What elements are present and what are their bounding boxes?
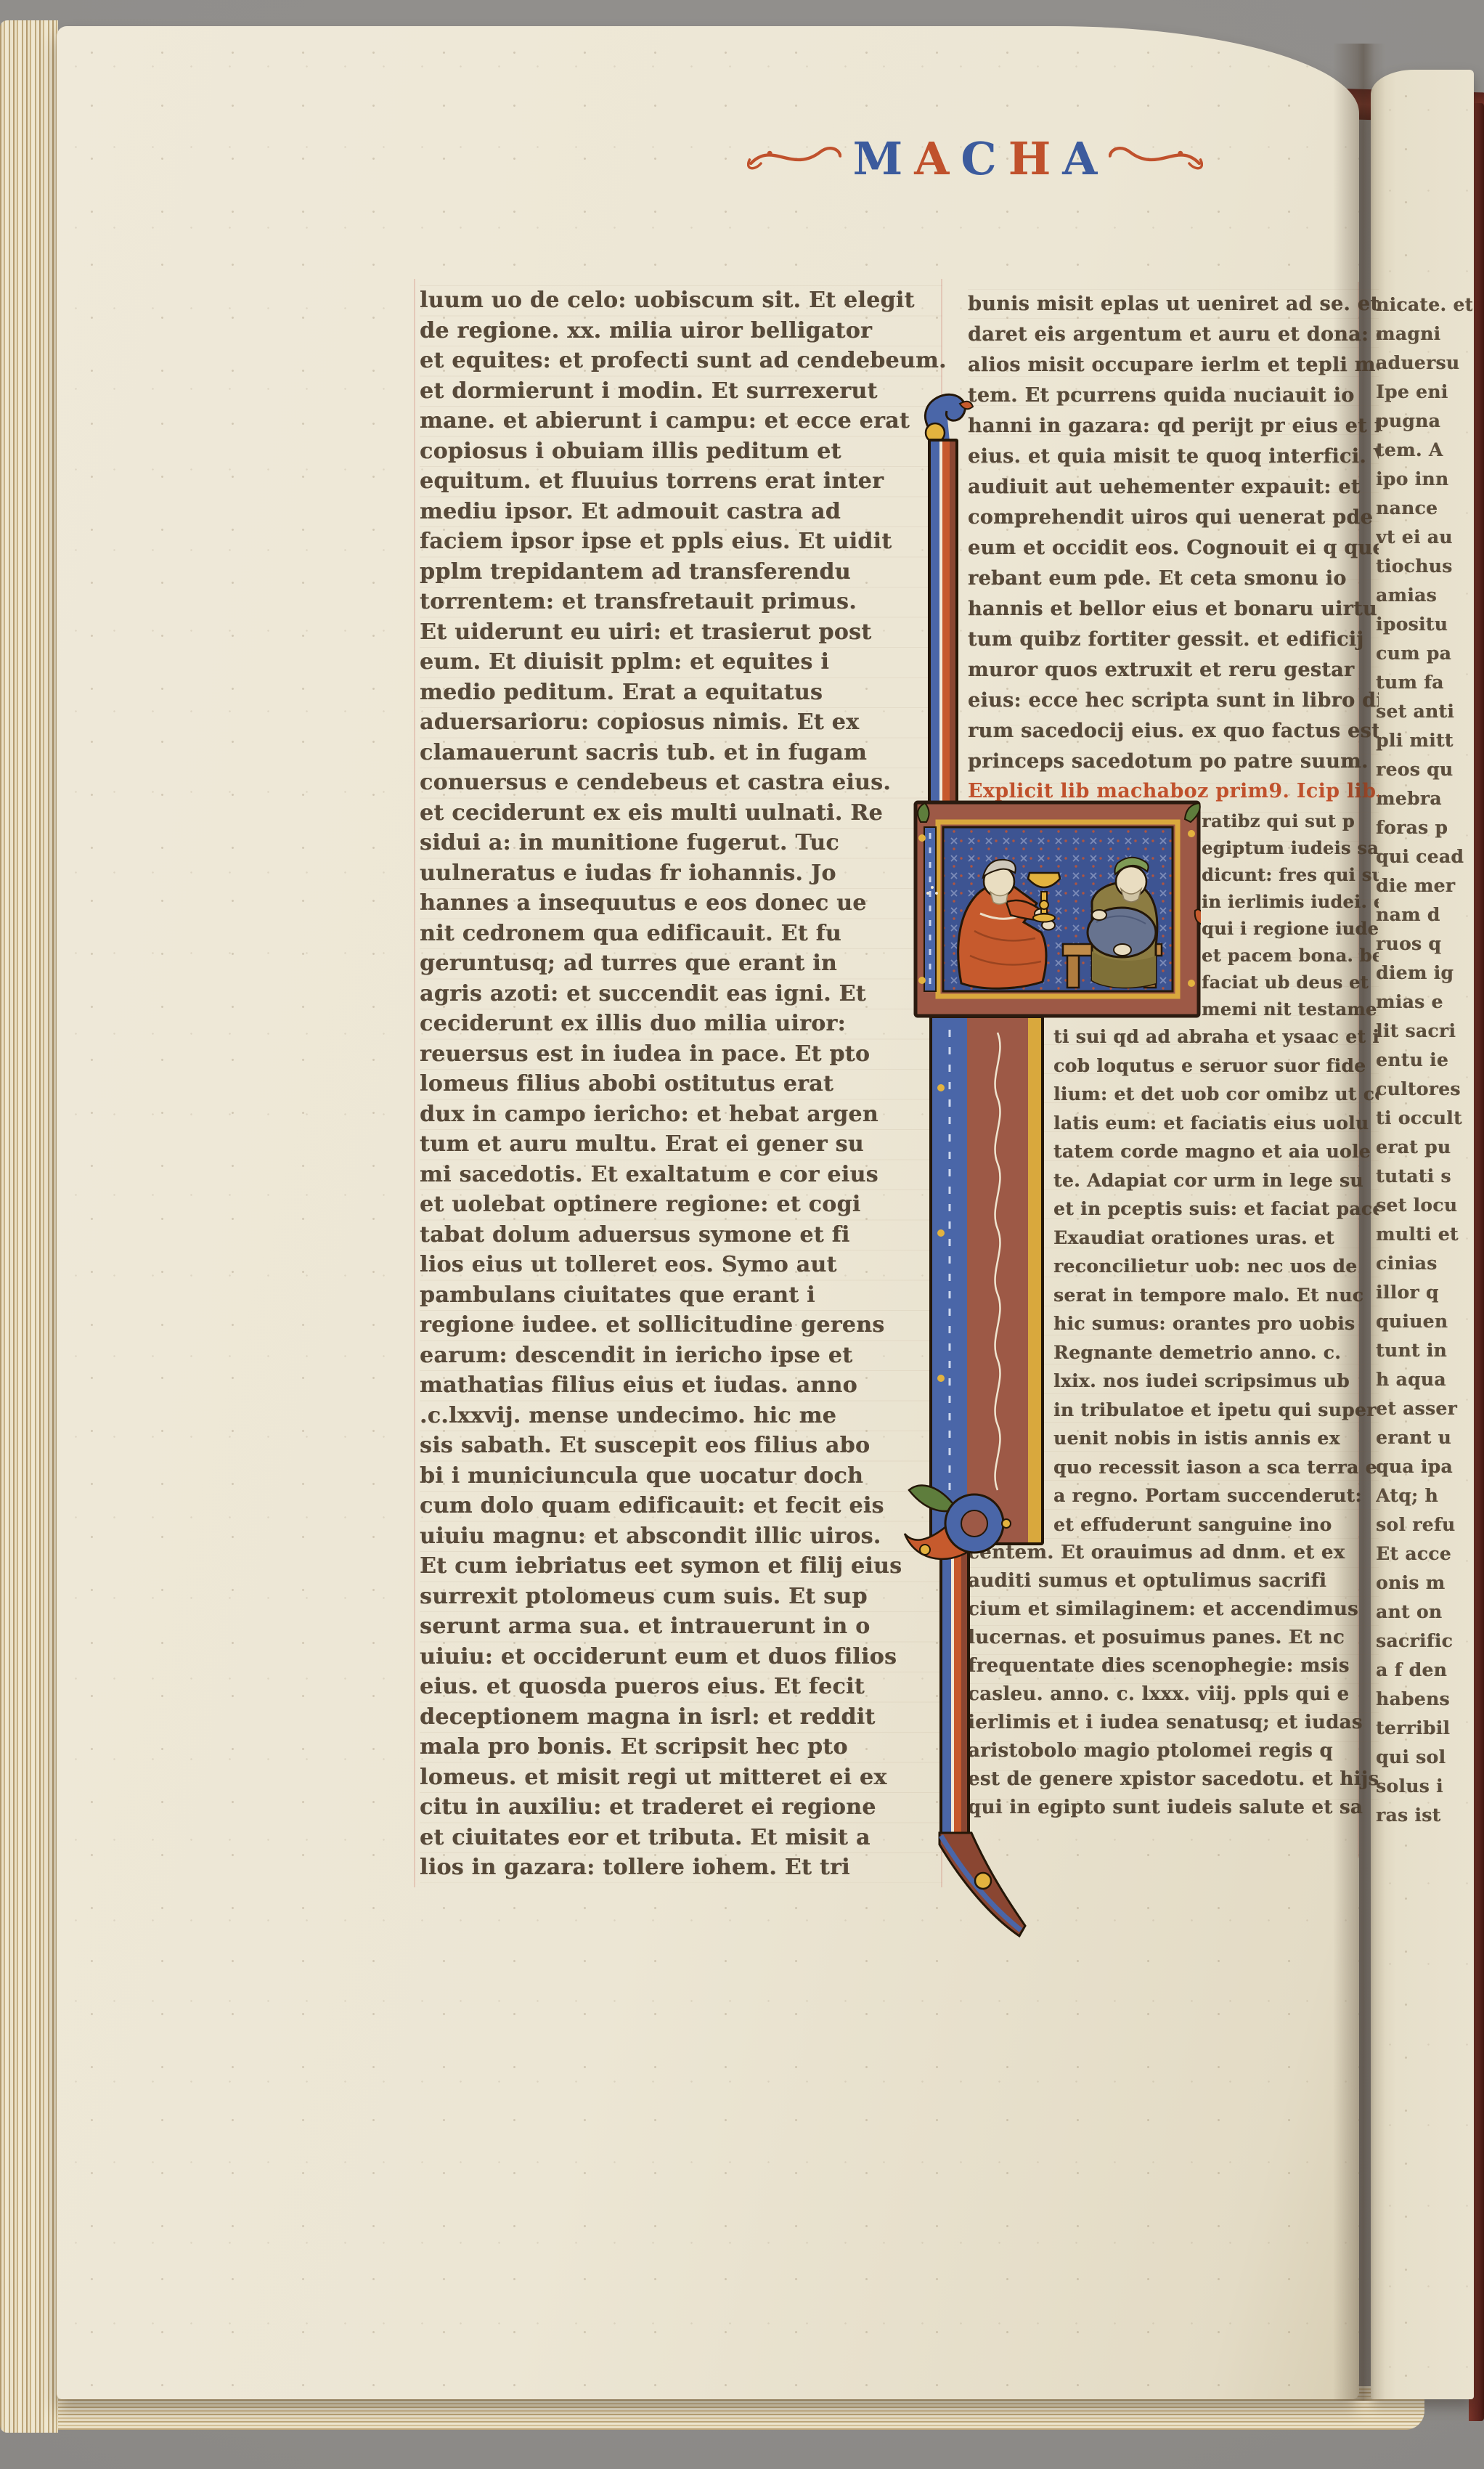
text-line: bunis misit eplas ut ueniret ad se. et xyxy=(968,289,1379,320)
text-line: .c.lxxvij. mense undecimo. hic me xyxy=(420,1401,942,1431)
bar-tail xyxy=(939,1833,1025,1936)
text-line: reconcilietur uob: nec uos de xyxy=(1053,1252,1379,1281)
text-line: pugna xyxy=(1376,407,1472,436)
text-line: ant on xyxy=(1376,1598,1472,1627)
header-letter: C xyxy=(961,137,996,182)
text-line: et asser xyxy=(1376,1394,1472,1423)
text-line: ceciderunt ex illis duo milia uiror: xyxy=(420,1009,942,1039)
text-line: reos qu xyxy=(1376,755,1472,784)
bar-lower-shaft xyxy=(939,1544,970,1837)
text-line: earum: descendit in iericho ipse et xyxy=(420,1341,942,1371)
text-line: lomeus. et misit regi ut mitteret ei ex xyxy=(420,1762,942,1793)
text-line: memi nit testame xyxy=(1202,996,1379,1022)
text-line: citu in auxiliu: et traderet ei regione xyxy=(420,1792,942,1823)
header-letter: A xyxy=(1062,137,1097,182)
text-line: set anti xyxy=(1376,697,1472,726)
text-line: uiuiu: et occiderunt eum et duos filios xyxy=(420,1642,942,1672)
text-line: et ceciderunt ex eis multi uulnati. Re xyxy=(420,798,942,829)
text-line: nicate. et xyxy=(1376,290,1472,320)
text-line: sol refu xyxy=(1376,1510,1472,1539)
text-line: qua ipa xyxy=(1376,1452,1472,1481)
text-line: nit cedronem qua edificauit. Et fu xyxy=(420,919,942,949)
text-line: mias e xyxy=(1376,988,1472,1017)
text-line: mediu ipsor. Et admouit castra ad xyxy=(420,497,942,527)
text-line: foras p xyxy=(1376,813,1472,842)
text-line: qui sol xyxy=(1376,1743,1472,1772)
text-line: tabat dolum aduersus symone et fi xyxy=(420,1220,942,1250)
text-line: de regione. xx. milia uiror belligator xyxy=(420,316,942,346)
illuminated-bar-ornament xyxy=(899,391,1080,1952)
text-line: serunt arma sua. et intrauerunt in o xyxy=(420,1611,942,1642)
text-line: h aqua xyxy=(1376,1365,1472,1394)
text-line: ras ist xyxy=(1376,1801,1472,1830)
text-line: te. Adapiat cor urm in lege su xyxy=(1053,1166,1379,1195)
text-line: deceptionem magna in isrl: et reddit xyxy=(420,1702,942,1733)
column-ruling-line xyxy=(414,279,415,1887)
text-line: Et cum iebriatus eet symon et filij eius xyxy=(420,1551,942,1582)
text-line: qui cead xyxy=(1376,842,1472,871)
header-letter: H xyxy=(1008,137,1051,182)
text-line: egiptum iudeis sale xyxy=(1202,834,1379,861)
text-line: Atq; h xyxy=(1376,1481,1472,1510)
text-line: et ciuitates eor et tributa. Et misit a xyxy=(420,1823,942,1853)
text-line: ti occult xyxy=(1376,1104,1472,1133)
text-line: lomeus filius abobi ostitutus erat xyxy=(420,1069,942,1099)
text-line: daret eis argentum et auru et dona: et xyxy=(968,320,1379,350)
text-line: ruos q xyxy=(1376,930,1472,959)
text-line: luum uo de celo: uobiscum sit. Et elegit xyxy=(420,285,942,316)
flourish-icon xyxy=(747,136,841,182)
text-line: mi sacedotis. Et exaltatum e cor eius xyxy=(420,1160,942,1190)
text-line: et dormierunt i modin. Et surrexerut xyxy=(420,376,942,407)
text-line: qui i regione iudee xyxy=(1202,915,1379,942)
flourish-icon xyxy=(1109,136,1203,182)
text-line: uenit nobis in istis annis ex xyxy=(1053,1424,1379,1453)
text-line: tem. A xyxy=(1376,436,1472,465)
text-line: lxix. nos iudei scripsimus ub xyxy=(1053,1367,1379,1396)
text-line: surrexit ptolomeus cum suis. Et sup xyxy=(420,1582,942,1612)
text-line: dicunt: fres qui su xyxy=(1202,861,1379,888)
text-line: nam d xyxy=(1376,900,1472,930)
text-line: mala pro bonis. Et scripsit hec pto xyxy=(420,1732,942,1762)
bar-top-shaft xyxy=(928,439,958,805)
text-line: bi i municiuncula que uocatur doch xyxy=(420,1461,942,1492)
text-line: tum et auru multu. Erat ei gener su xyxy=(420,1129,942,1160)
text-line: die mer xyxy=(1376,871,1472,900)
text-line: dux in campo iericho: et hebat argen xyxy=(420,1099,942,1130)
text-line: mathatias filius eius et iudas. anno xyxy=(420,1370,942,1401)
text-line: lit sacri xyxy=(1376,1017,1472,1046)
text-line: solus i xyxy=(1376,1772,1472,1801)
text-line: sacrific xyxy=(1376,1627,1472,1656)
text-line: faciat ub deus et xyxy=(1202,969,1379,996)
text-line: vt ei au xyxy=(1376,523,1472,552)
manuscript-page: M A C H A luum uo de celo: uobiscum sit.… xyxy=(57,26,1359,2399)
text-line: eum. Et diuisit pplm: et equites i xyxy=(420,647,942,678)
text-line: pli mitt xyxy=(1376,726,1472,755)
historiated-initial-miniature xyxy=(913,800,1201,1018)
text-line: tunt in xyxy=(1376,1336,1472,1365)
text-line: ipo inn xyxy=(1376,465,1472,494)
text-line: mane. et abierunt i campu: et ecce erat xyxy=(420,406,942,436)
text-line: clamauerunt sacris tub. et in fugam xyxy=(420,738,942,768)
text-line: Regnante demetrio anno. c. xyxy=(1053,1338,1379,1367)
text-line: et effuderunt sanguine ino xyxy=(1053,1510,1379,1539)
chapter-text-beside-miniature: ratibz qui sut pegiptum iudeis saledicun… xyxy=(1202,808,1379,1022)
text-line: torrentem: et transfretauit primus. xyxy=(420,587,942,617)
text-line: erat pu xyxy=(1376,1133,1472,1162)
text-line: copiosus i obuiam illis peditum et xyxy=(420,436,942,467)
text-line: habens xyxy=(1376,1685,1472,1714)
next-page-sliver: nicate. etmagniaduersuIpe enipugnatem. A… xyxy=(1371,70,1474,2399)
text-line: ti sui qd ad abraha et ysaac et ia xyxy=(1053,1022,1379,1052)
text-line: cinias xyxy=(1376,1249,1472,1278)
text-line: eius. et quosda pueros eius. Et fecit xyxy=(420,1672,942,1702)
text-line: multi et xyxy=(1376,1220,1472,1249)
text-line: agris azoti: et succendit eas igni. Et xyxy=(420,979,942,1009)
text-line: aduersarioru: copiosus nimis. Et ex xyxy=(420,707,942,738)
text-line: tiochus xyxy=(1376,552,1472,581)
text-line: Et acce xyxy=(1376,1539,1472,1569)
bar-top-finial xyxy=(925,394,973,442)
text-line: onis m xyxy=(1376,1569,1472,1598)
next-page-text-column: nicate. etmagniaduersuIpe enipugnatem. A… xyxy=(1376,290,1472,1830)
text-line: reuersus est in iudea in pace. Et pto xyxy=(420,1039,942,1070)
text-line: regione iudee. et sollicitudine gerens xyxy=(420,1310,942,1341)
text-line: serat in tempore malo. Et nuc xyxy=(1053,1281,1379,1310)
text-line: amias xyxy=(1376,581,1472,610)
text-line: quiuen xyxy=(1376,1307,1472,1336)
text-line: cum dolo quam edificauit: et fecit eis xyxy=(420,1491,942,1521)
book-fore-edge xyxy=(0,20,58,2433)
text-line: ipositu xyxy=(1376,610,1472,639)
header-letter: M xyxy=(853,137,903,182)
text-line: sis sabath. Et suscepit eos filius abo xyxy=(420,1431,942,1461)
text-line: hic sumus: orantes pro uobis xyxy=(1053,1309,1379,1338)
text-line: Ipe eni xyxy=(1376,378,1472,407)
photo-backdrop: nicate. etmagniaduersuIpe enipugnatem. A… xyxy=(0,0,1484,2469)
text-line: pplm trepidantem ad transferendu xyxy=(420,557,942,587)
text-line: a regno. Portam succenderut: xyxy=(1053,1481,1379,1510)
text-line: illor q xyxy=(1376,1278,1472,1307)
text-line: et pacem bona. bene xyxy=(1202,942,1379,969)
text-line: nance xyxy=(1376,494,1472,523)
initial-f-stem xyxy=(929,1015,1044,1545)
text-line: magni xyxy=(1376,320,1472,349)
text-line: et equites: et profecti sunt ad cendebeu… xyxy=(420,346,942,376)
text-line: in ierlimis iudei. et xyxy=(1202,888,1379,915)
text-line: a f den xyxy=(1376,1656,1472,1685)
text-line: cultores xyxy=(1376,1075,1472,1104)
text-line: quo recessit iason a sca terra et xyxy=(1053,1453,1379,1482)
text-line: faciem ipsor ipse et ppls eius. Et uidit xyxy=(420,526,942,557)
text-line: ratibz qui sut p xyxy=(1202,808,1379,834)
text-line: tatem corde magno et aia uole xyxy=(1053,1137,1379,1166)
text-line: cum pa xyxy=(1376,639,1472,668)
text-line: et uolebat optinere regione: et cogi xyxy=(420,1189,942,1220)
text-line: conuersus e cendebeus et castra eius. xyxy=(420,768,942,798)
text-line: diem ig xyxy=(1376,959,1472,988)
chapter-text-beside-initial-stem: ti sui qd ad abraha et ysaac et iacob lo… xyxy=(1053,1022,1379,1539)
text-line: terribil xyxy=(1376,1714,1472,1743)
text-line: medio peditum. Erat a equitatus xyxy=(420,678,942,708)
text-line: set locu xyxy=(1376,1191,1472,1220)
text-line: entu ie xyxy=(1376,1046,1472,1075)
text-line: lios eius ut tolleret eos. Symo aut xyxy=(420,1250,942,1280)
text-line: lium: et det uob cor omibz ut co xyxy=(1053,1080,1379,1109)
text-line: et in pceptis suis: et faciat pace xyxy=(1053,1195,1379,1224)
left-text-column: luum uo de celo: uobiscum sit. Et elegit… xyxy=(420,285,942,1883)
text-line: pambulans ciuitates que erant i xyxy=(420,1280,942,1311)
text-line: geruntusq; ad turres que erant in xyxy=(420,948,942,979)
text-line: mebra xyxy=(1376,784,1472,813)
text-line: alios misit occupare ierlm et tepli mo xyxy=(968,350,1379,381)
text-line: tum fa xyxy=(1376,668,1472,697)
text-line: uiuiu magnu: et abscondit illic uiros. xyxy=(420,1521,942,1552)
text-line: tutati s xyxy=(1376,1162,1472,1191)
text-line: cob loqutus e seruor suor fide xyxy=(1053,1052,1379,1081)
text-line: uulneratus e iudas fr iohannis. Jo xyxy=(420,858,942,889)
text-line: Et uiderunt eu uiri: et trasierut post xyxy=(420,617,942,648)
text-line: Exaudiat orationes uras. et xyxy=(1053,1224,1379,1253)
text-line: hannes a insequutus e eos donec ue xyxy=(420,888,942,919)
text-line: in tribulatoe et ipetu qui super xyxy=(1053,1396,1379,1425)
text-line: sidui a: in munitione fugerut. Tuc xyxy=(420,828,942,858)
text-line: latis eum: et faciatis eius uolu xyxy=(1053,1109,1379,1138)
text-line: erant u xyxy=(1376,1423,1472,1452)
text-line: equitum. et fluuius torrens erat inter xyxy=(420,466,942,497)
text-line: lios in gazara: tollere iohem. Et tri xyxy=(420,1852,942,1883)
header-letter: A xyxy=(914,137,949,182)
running-header: M A C H A xyxy=(714,119,1236,199)
text-line: aduersu xyxy=(1376,349,1472,378)
